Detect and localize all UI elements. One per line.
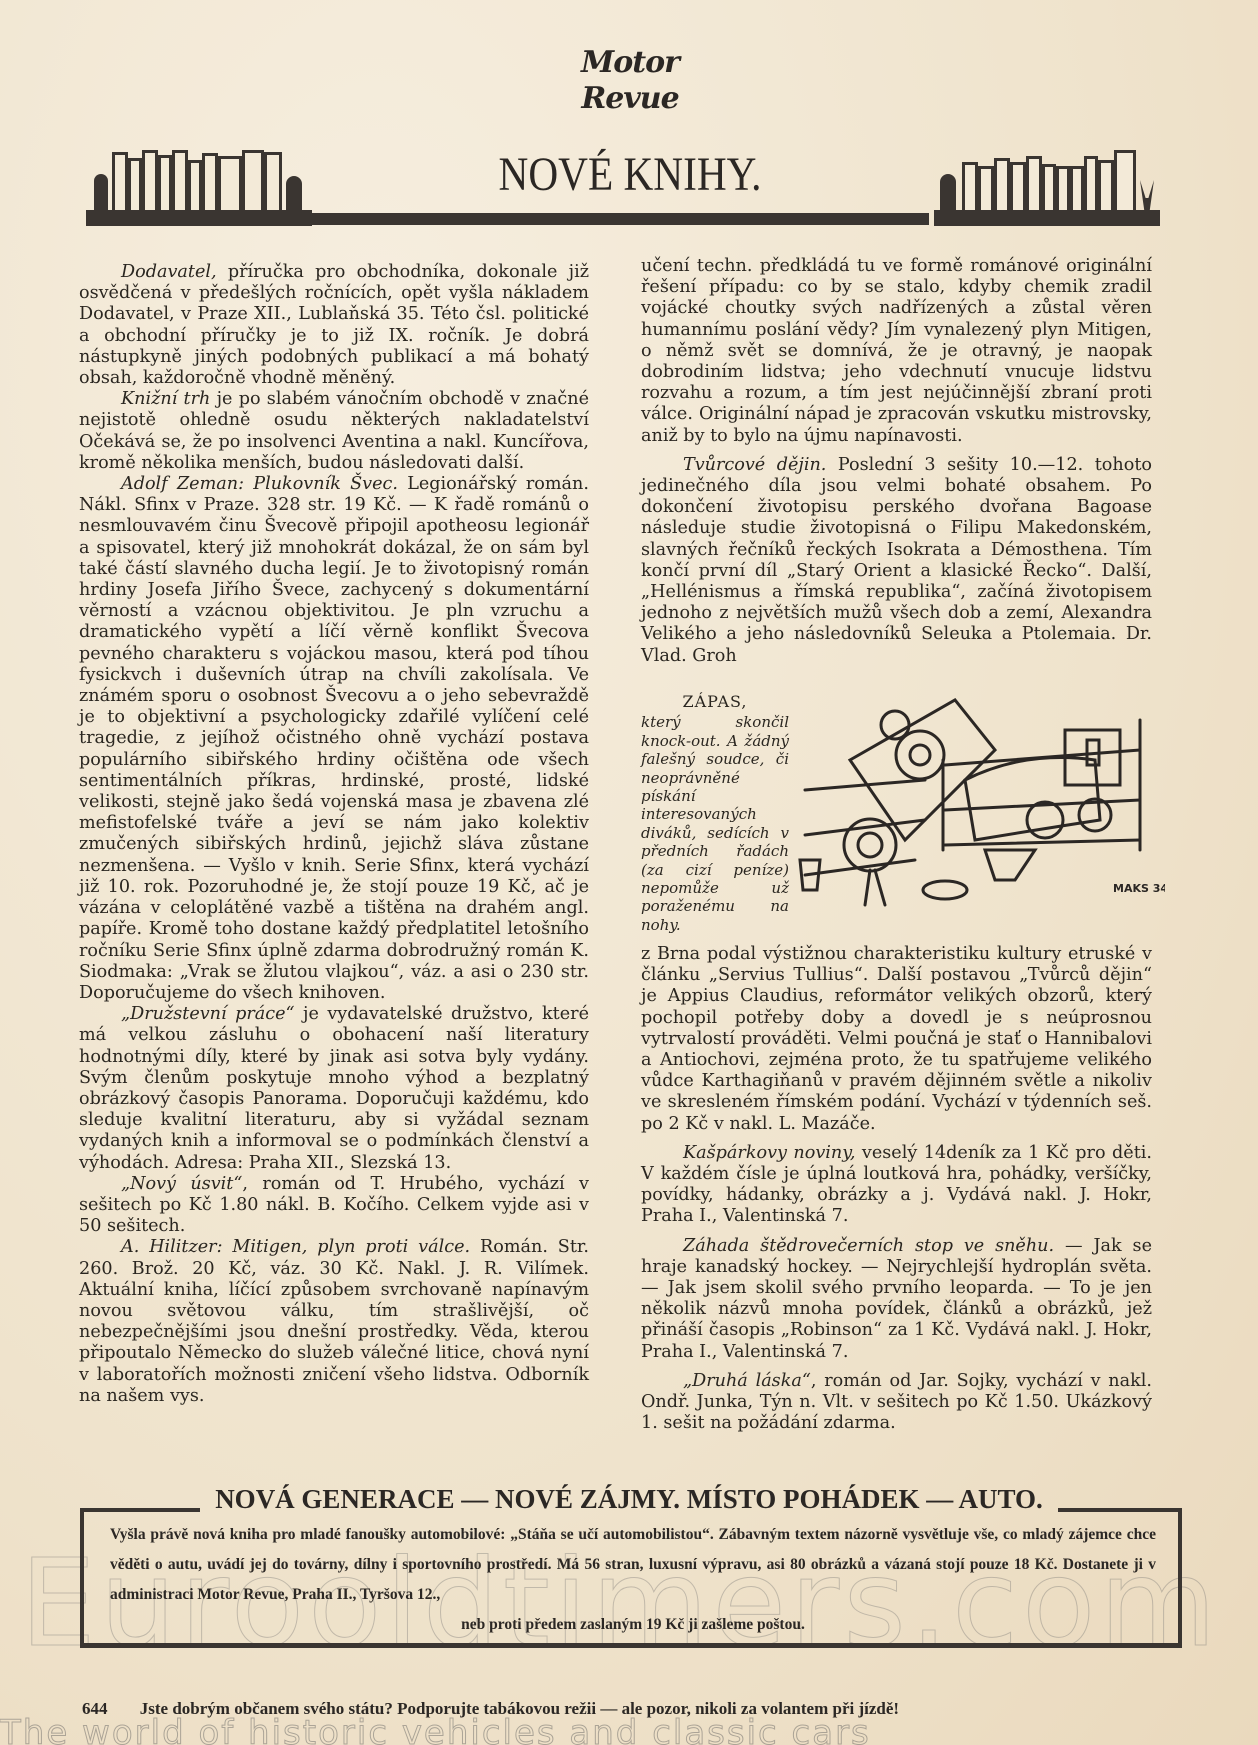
cartoon-signature: MAKS 34 [1113,882,1165,895]
article-tvurcove-dejin: Tvůrcové dějin. Poslední 3 sešity 10.—12… [641,455,1152,667]
article-novy-usvit: „Nový úsvit“, román od T. Hrubého, vychá… [79,1174,589,1238]
cartoon-drawing-icon: MAKS 34 [795,690,1165,925]
title-rule [312,213,929,225]
watermark-tagline: The world of historic vehicles and class… [0,1715,1258,1745]
bookshelf-right-icon [934,150,1160,226]
advert-body: Vyšla právě nová kniha pro mladé fanoušk… [110,1526,1156,1603]
advert-text: Vyšla právě nová kniha pro mladé fanoušk… [110,1520,1156,1640]
motor-revue-logo: Motor Revue [560,45,700,117]
article-lead: Knižní trh [121,389,210,409]
column-left: Dodavatel, příručka pro obchodníka, doko… [79,262,589,1407]
column-right-top: učení techn. předkládá tu ve formě román… [641,256,1152,667]
article-dodavatel: Dodavatel, příručka pro obchodníka, doko… [79,262,589,389]
article-lead: „Družstevní práce“ [121,1004,295,1024]
advert-last-line: neb proti předem zaslaným 19 Kč ji zašle… [110,1610,1156,1640]
article-tvurcove-dejin-continued: z Brna podal výstižnou charakteristiku k… [641,944,1152,1135]
article-druha-laska: „Druhá láska“, román od Jar. Sojky, vych… [641,1371,1152,1435]
cartoon-caption-body: který skončil knock-out. A žádný falešný… [641,713,789,934]
article-lead: Záhada štědrovečerních stop ve sněhu. [683,1236,1054,1256]
article-lead: „Druhá láska“ [683,1371,811,1391]
boxing-car-cartoon-illustration: MAKS 34 [795,690,1165,925]
logo-line-1: Motor [560,45,700,81]
cartoon-caption-title: ZÁPAS, [641,693,789,711]
advert-rule-right [1058,1508,1178,1512]
bookshelf-left-icon [86,150,312,226]
article-lead: Tvůrcové dějin. [683,455,826,475]
article-lead: A. Hilitzer: Mitigen, plyn proti válce. [121,1237,470,1257]
article-robinson: Záhada štědrovečerních stop ve sněhu. — … [641,1236,1152,1363]
article-lead: Dodavatel, [121,262,217,282]
logo-line-2: Revue [560,81,700,117]
article-plukovnik-svec: Adolf Zeman: Plukovník Švec. Legionářský… [79,474,589,1004]
article-mitigen-continued: učení techn. předkládá tu ve formě román… [641,256,1152,447]
article-knizni-trh: Knižní trh je po slabém vánočním obchodě… [79,389,589,474]
cartoon-caption: ZÁPAS, který skončil knock-out. A žádný … [641,693,789,934]
article-kasparkovy-noviny: Kašpárkovy noviny, veselý 14deník za 1 K… [641,1143,1152,1228]
page-title: NOVÉ KNIHY. [449,148,810,202]
article-lead: Kašpárkovy noviny, [683,1143,855,1163]
article-mitigen: A. Hilitzer: Mitigen, plyn proti válce. … [79,1237,589,1407]
advert-rule-left [80,1508,200,1512]
article-druzstevni-prace: „Družstevní práce“ je vydavatelské družs… [79,1004,589,1174]
article-lead: Adolf Zeman: Plukovník Švec. [121,474,398,494]
column-right-bottom: z Brna podal výstižnou charakteristiku k… [641,944,1152,1434]
advert-title: NOVÁ GENERACE — NOVÉ ZÁJMY. MÍSTO POHÁDE… [200,1482,1058,1516]
article-lead: „Nový úsvit“ [121,1174,242,1194]
